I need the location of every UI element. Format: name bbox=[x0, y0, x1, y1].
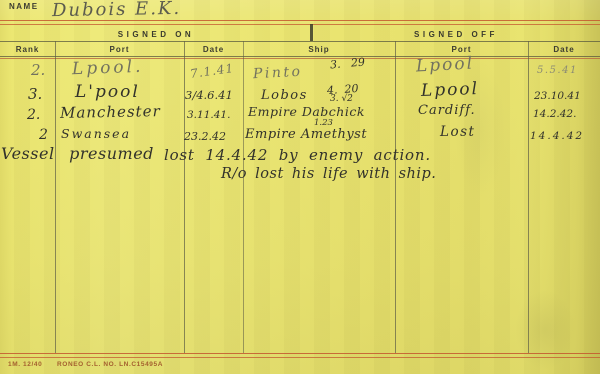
row4-port-on: Swansea bbox=[61, 128, 131, 141]
row3-ship: Empire Dabchick bbox=[248, 106, 365, 119]
section-divider bbox=[310, 24, 313, 41]
column-header-ship: Ship bbox=[243, 45, 395, 54]
signed-on-header: SIGNED ON bbox=[0, 30, 312, 39]
column-header-port-off: Port bbox=[395, 45, 528, 54]
row4-port-off: Lost bbox=[440, 126, 475, 140]
column-rule bbox=[528, 41, 529, 353]
note-lost-life: R/o lost his life with ship. bbox=[221, 167, 436, 182]
row1-date-on: 7.1.41 bbox=[189, 62, 234, 80]
row4-ship: Empire Amethyst bbox=[245, 128, 367, 141]
row3-date-off: 14.2.42. bbox=[533, 109, 576, 120]
header-rule bbox=[0, 41, 600, 42]
row2-port-off: Lpool bbox=[421, 81, 480, 100]
row1-date-off: 5.5.41 bbox=[537, 66, 578, 76]
row3-ship-note-top: 3. √2 bbox=[330, 95, 353, 104]
row1-ship: Pinto bbox=[253, 65, 303, 82]
footer-print-code: 1M. 12/40 bbox=[8, 361, 42, 368]
name-label: NAME bbox=[9, 2, 39, 11]
column-header-rule bbox=[0, 56, 600, 57]
column-rule bbox=[243, 41, 244, 353]
row3-port-off: Cardiff. bbox=[418, 104, 476, 117]
row3-rank: 2. bbox=[27, 108, 40, 122]
column-rule bbox=[55, 41, 56, 353]
name-value: Dubois E.K. bbox=[52, 0, 181, 20]
row2-rank: 3. bbox=[28, 87, 42, 102]
row4-date-off: 14.4.42 bbox=[530, 131, 584, 142]
row1-ship-note: 3. 29 bbox=[330, 56, 366, 70]
row3-port-on: Manchester bbox=[60, 104, 161, 121]
scan-artifact bbox=[515, 290, 575, 370]
signed-off-header: SIGNED OFF bbox=[312, 30, 600, 39]
row2-date-on: 3/4.6.41 bbox=[185, 90, 233, 102]
row3-date-on: 3.11.41. bbox=[187, 110, 230, 121]
row1-port-off: Lpool bbox=[416, 55, 475, 75]
top-rule bbox=[0, 20, 600, 25]
row2-date-off: 23.10.41 bbox=[534, 91, 581, 102]
row4-rank: 2 bbox=[39, 128, 48, 142]
seaman-record-card: NAME Dubois E.K. SIGNED ON SIGNED OFF Ra… bbox=[0, 0, 600, 374]
footer-form-ref: RONEO C.L. NO. LN.C15495A bbox=[57, 361, 163, 368]
column-header-date-off: Date bbox=[528, 45, 600, 54]
note-lost-enemy-action: lost 14.4.42 by enemy action. bbox=[164, 148, 431, 163]
column-header-date-on: Date bbox=[184, 45, 243, 54]
column-header-port-on: Port bbox=[55, 45, 184, 54]
note-vessel-presumed: Vessel presumed bbox=[1, 146, 154, 162]
row1-rank: 2. bbox=[31, 63, 45, 78]
row2-ship: Lobos bbox=[261, 89, 308, 102]
column-rule bbox=[395, 41, 396, 353]
column-header-rank: Rank bbox=[0, 45, 55, 54]
row4-date-on: 23.2.42 bbox=[184, 131, 226, 142]
row2-port-on: L'pool bbox=[75, 84, 140, 101]
bottom-rule bbox=[0, 353, 600, 358]
row1-port-on: Lpool. bbox=[72, 59, 144, 78]
